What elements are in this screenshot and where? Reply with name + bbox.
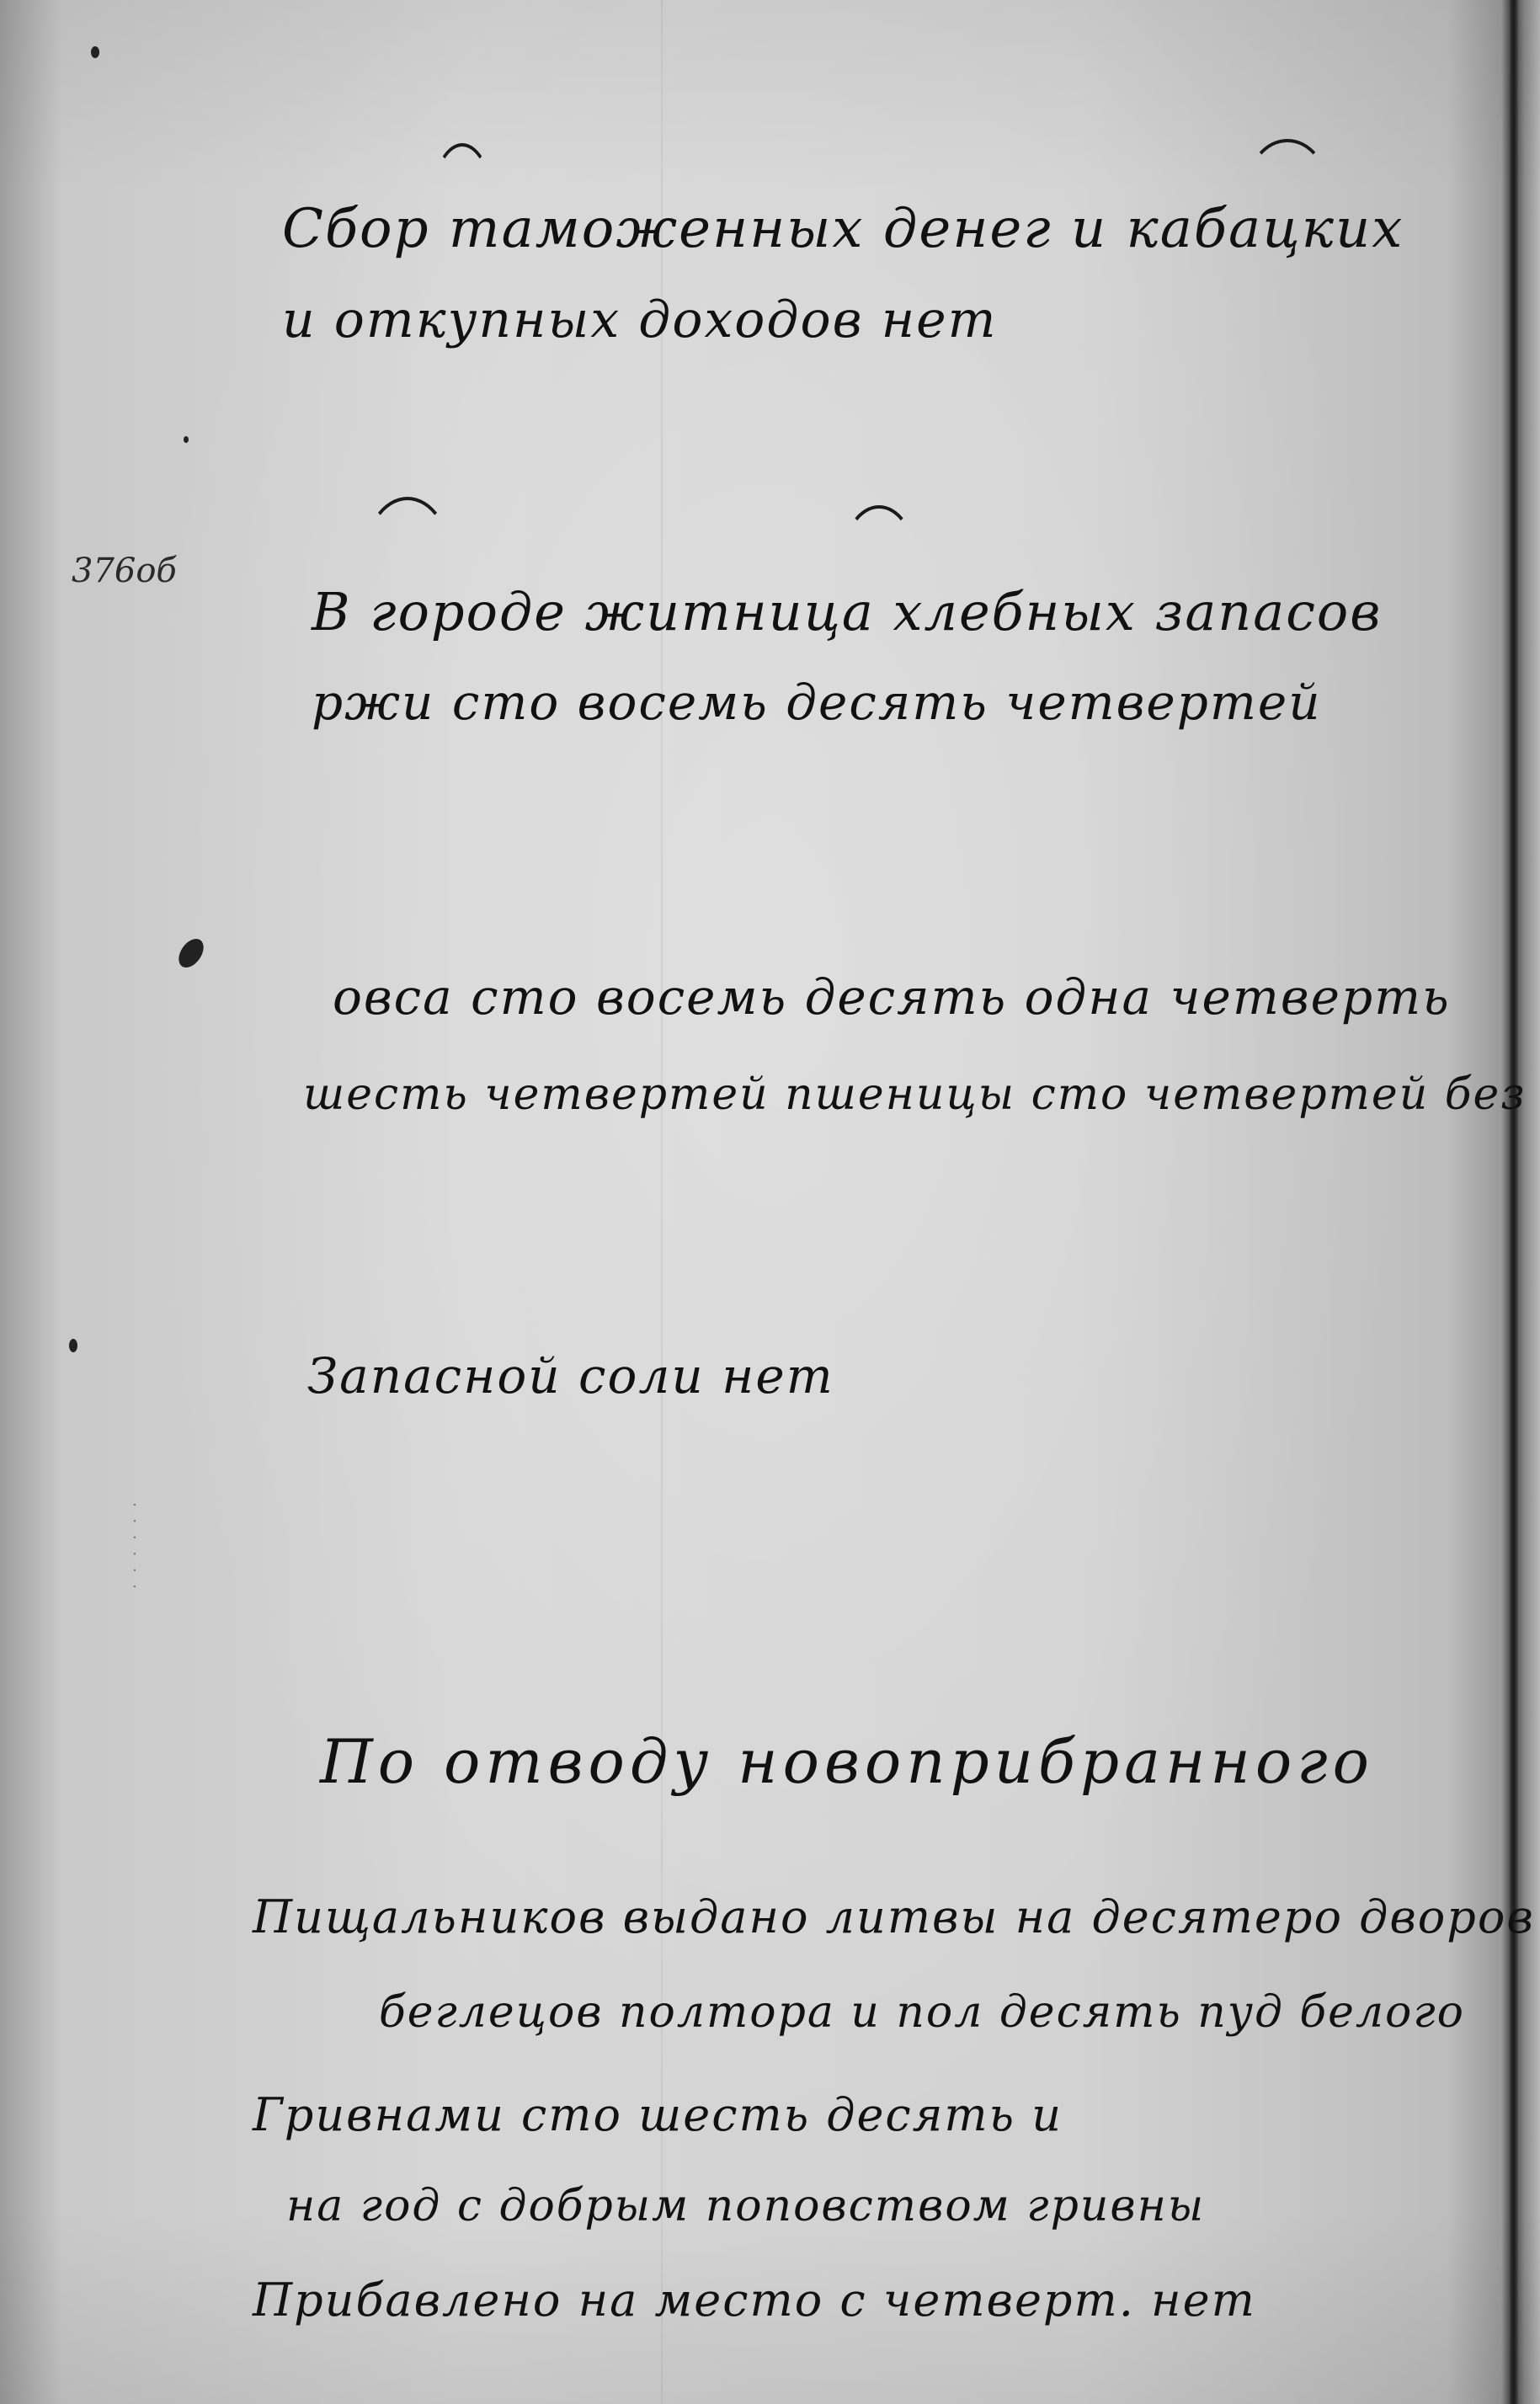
archive-stamp: · · · · · · (126, 1499, 144, 1589)
page-fold-line (661, 0, 663, 2404)
body-line-5: Прибавлено на место с четверт. нет (253, 2273, 1256, 2327)
section-a-line-1: Сбор таможенных денег и кабацких (282, 198, 1404, 260)
section-b-line-2: ржи сто восемь десять четвертей (312, 674, 1322, 731)
section-a-line-2: и откупных доходов нет (282, 291, 998, 349)
book-binding-shadow (1510, 0, 1518, 2404)
section-c-line-2: шесть четвертей пшеницы сто четвертей бе… (303, 1069, 1540, 1120)
body-line-3: Гривнами сто шесть десять и (253, 2088, 1063, 2141)
section-d-line-1: Запасной соли нет (307, 1347, 834, 1405)
body-line-1: Пищальников выдано литвы на десятеро дво… (253, 1890, 1535, 1943)
body-line-2: беглецов полтора и пол десять пуд белого (379, 1987, 1465, 2038)
ink-spot (91, 46, 99, 58)
body-line-4: на год с добрым поповством гривны (286, 2181, 1205, 2231)
ink-blot (173, 935, 208, 973)
paper-background (0, 0, 1540, 2404)
ink-spot (69, 1339, 77, 1352)
ink-spot (184, 436, 189, 443)
folio-number: 376об (72, 552, 177, 590)
section-b-line-1: В городе житница хлебных запасов (312, 581, 1382, 642)
section-c-line-1: овса сто восемь десять одна четверть (333, 968, 1451, 1026)
section-heading: По отводу новоприбранного (320, 1726, 1374, 1797)
